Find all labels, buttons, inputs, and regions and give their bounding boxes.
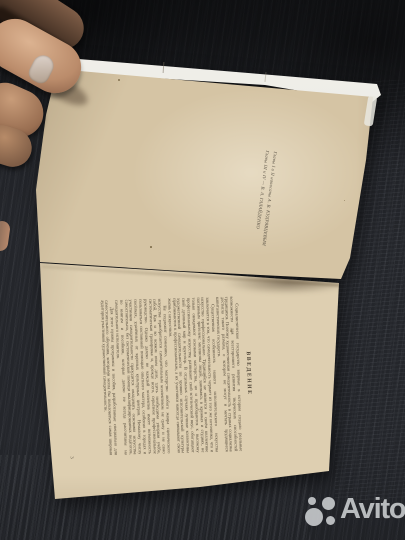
- avito-dots-logo-icon: [302, 492, 338, 526]
- avito-watermark: Avito: [302, 492, 405, 526]
- avito-brand-text: Avito: [340, 492, 405, 526]
- logo-dot: [326, 516, 335, 525]
- logo-dot: [308, 497, 316, 505]
- logo-dot: [322, 497, 335, 510]
- logo-dot: [305, 508, 323, 526]
- hand-holding-book: [0, 0, 405, 540]
- fingertip: [0, 220, 11, 252]
- photo-open-book-listing: Главы I и II написаны А. В. КУДРЯВЦЕВЫМ …: [0, 0, 405, 540]
